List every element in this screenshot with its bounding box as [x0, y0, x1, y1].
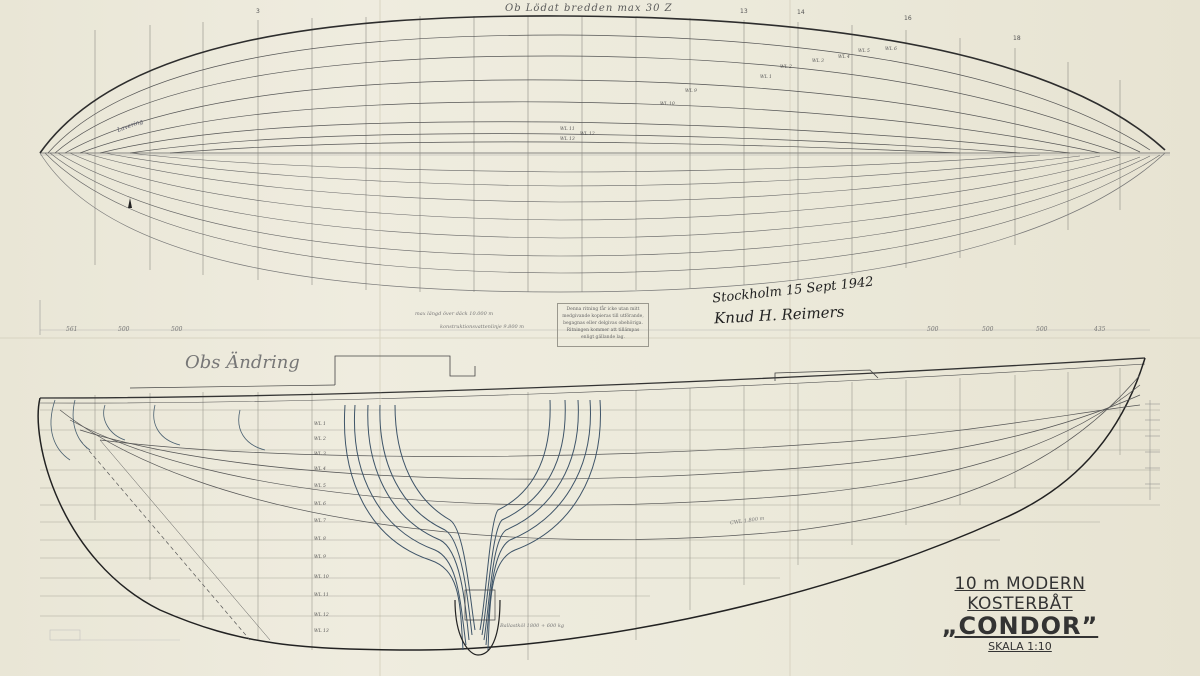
boat-name: „CONDOR” — [930, 612, 1110, 640]
svg-text:13: 13 — [740, 8, 748, 15]
svg-text:14: 14 — [797, 9, 805, 16]
svg-text:WL 2: WL 2 — [780, 64, 792, 70]
svg-text:WL 9: WL 9 — [685, 88, 697, 94]
svg-text:WL 7: WL 7 — [314, 518, 326, 524]
svg-text:WL 6: WL 6 — [885, 46, 897, 52]
svg-text:3: 3 — [256, 8, 260, 15]
svg-text:WL 5: WL 5 — [858, 48, 870, 54]
spacing-label: 561 — [66, 326, 77, 333]
svg-text:WL 2: WL 2 — [314, 436, 326, 442]
svg-text:WL 11: WL 11 — [314, 592, 329, 598]
svg-text:Lavering: Lavering — [115, 118, 144, 134]
spacing-label: 500 — [1036, 326, 1047, 333]
title-block: 10 m MODERN KOSTERBÅT „CONDOR” SKALA 1:1… — [930, 574, 1110, 653]
svg-text:16: 16 — [904, 15, 912, 22]
svg-text:WL 1: WL 1 — [314, 421, 326, 427]
svg-text:WL 9: WL 9 — [314, 554, 326, 560]
svg-text:WL 1: WL 1 — [760, 74, 772, 80]
spacing-label: 435 — [1094, 326, 1105, 333]
drawing-sheet: 31314 1618 WL 2WL 3WL 4 WL 5WL 6 WL 1WL … — [0, 0, 1200, 676]
svg-text:WL 4: WL 4 — [838, 54, 850, 60]
alteration-note: Obs Ändring — [185, 352, 300, 373]
drawing-scale: SKALA 1:10 — [930, 640, 1110, 653]
svg-text:WL 10: WL 10 — [314, 574, 329, 580]
svg-text:WL 3: WL 3 — [812, 58, 824, 64]
ballast-keel-note: Ballastköl 1800 + 600 kg — [500, 623, 564, 629]
svg-text:WL 13: WL 13 — [560, 136, 575, 142]
svg-text:WL 3: WL 3 — [314, 451, 326, 457]
svg-text:WL 13: WL 13 — [314, 628, 329, 634]
svg-text:18: 18 — [1013, 35, 1021, 42]
svg-text:WL 6: WL 6 — [314, 501, 326, 507]
half-breadth-plan: 31314 1618 WL 2WL 3WL 4 WL 5WL 6 WL 1WL … — [40, 8, 1170, 335]
svg-text:WL 10: WL 10 — [660, 101, 675, 107]
svg-text:WL 5: WL 5 — [314, 483, 326, 489]
spacing-label: 500 — [118, 326, 129, 333]
drawing-title: 10 m MODERN KOSTERBÅT — [930, 574, 1110, 614]
spacing-label: 500 — [927, 326, 938, 333]
length-note: max längd över däck 10.000 m — [415, 311, 493, 317]
svg-text:WL 8: WL 8 — [314, 536, 326, 542]
svg-text:WL 12: WL 12 — [314, 612, 329, 618]
svg-text:WL 12: WL 12 — [580, 131, 595, 137]
waterline-length-note: konstruktionsvattenlinje 9.800 m — [440, 324, 524, 330]
copyright-stamp: Denna ritning får icke utan mitt medgiva… — [557, 303, 649, 347]
top-handwritten-note: Ob Lödat bredden max 30 Z — [505, 3, 673, 14]
svg-text:WL 11: WL 11 — [560, 126, 575, 132]
spacing-label: 500 — [171, 326, 182, 333]
spacing-label: 500 — [982, 326, 993, 333]
svg-text:WL 4: WL 4 — [314, 466, 326, 472]
